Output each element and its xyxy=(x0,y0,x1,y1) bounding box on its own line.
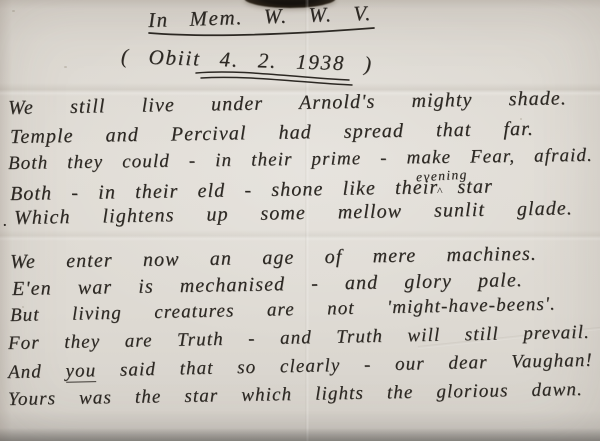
poem-line: Temple and Percival had spread that far. xyxy=(10,117,534,149)
title-obiit-line: ( Obiit 4. 2. 1938 ) xyxy=(121,44,374,76)
paper-speck xyxy=(64,66,67,68)
manuscript-photo: In Mem. W. W. V. ( Obiit 4. 2. 1938 ) We… xyxy=(0,0,600,441)
underlined-word-you: you xyxy=(65,360,96,383)
inserted-word-evening: evening xyxy=(416,167,469,186)
paper-speck xyxy=(12,10,15,12)
line-segment: said that so clearly - our dear Vaughan! xyxy=(96,350,593,381)
paper-edge-shadow-bottom xyxy=(0,428,600,441)
fold-crease-horizontal-middle xyxy=(0,230,600,241)
insertion-caret-mark: ^ xyxy=(437,184,443,199)
line-segment: And xyxy=(8,361,66,383)
stray-ink-dot: . xyxy=(3,210,8,231)
poem-line: Both they could - in their prime - make … xyxy=(8,144,593,176)
